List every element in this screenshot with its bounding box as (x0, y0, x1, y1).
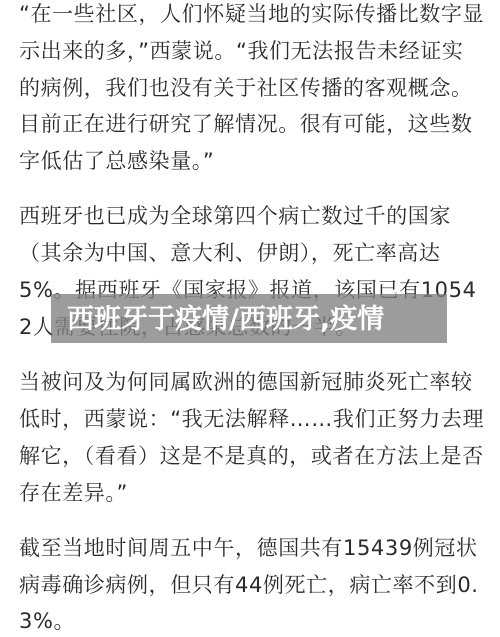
paragraph-germany-question: 当被问及为何同属欧洲的德国新冠肺炎死亡率较低时，西蒙说：“我无法解释……我们正努… (19, 364, 485, 511)
title-overlay-banner: 西班牙于疫情/西班牙,疫情 (51, 294, 447, 343)
banner-title: 西班牙于疫情/西班牙,疫情 (67, 297, 384, 336)
paragraph-community-spread-quote: “在一些社区，人们怀疑当地的实际传播比数字显示出来的多，”西蒙说。“我们无法报告… (19, 0, 485, 180)
paragraph-germany-statistics: 截至当地时间周五中午，德国共有15439例冠状病毒确诊病例，但只有44例死亡，病… (19, 530, 485, 637)
